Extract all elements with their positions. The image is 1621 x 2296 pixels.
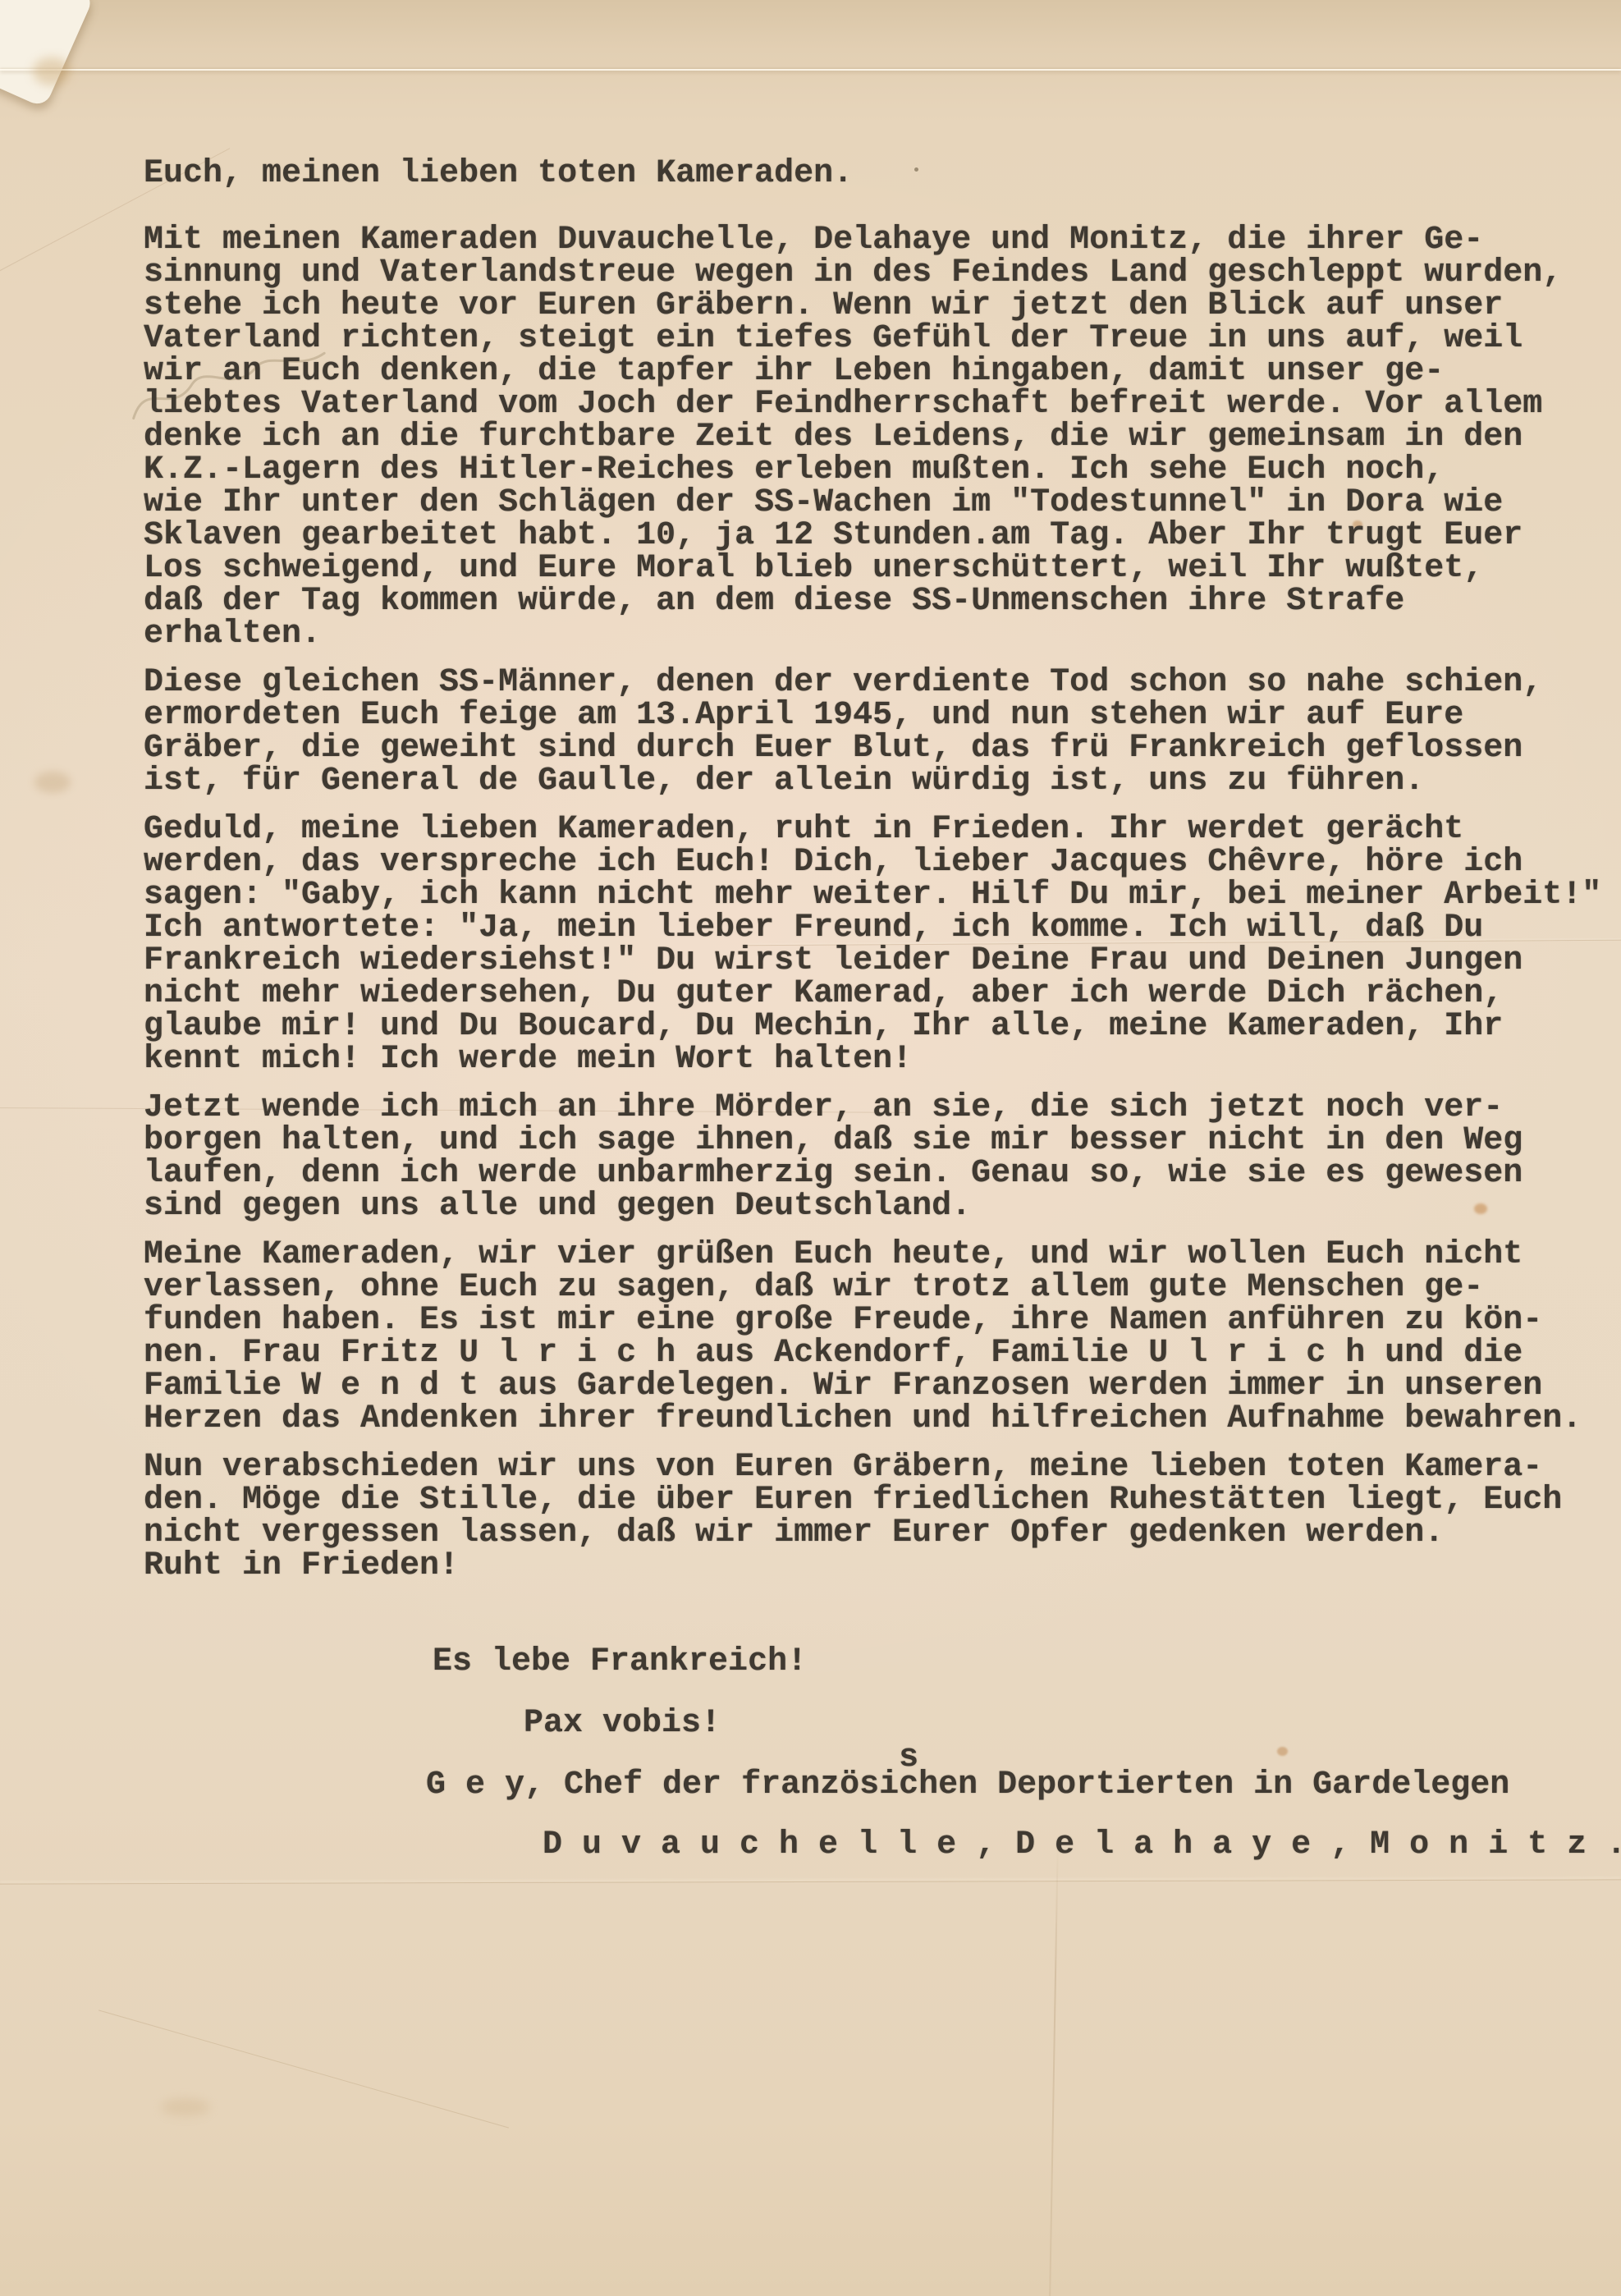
- paragraph-2: Diese gleichen SS-Männer, denen der verd…: [144, 667, 1621, 798]
- edge-smudge: [34, 772, 71, 793]
- horizontal-crease-top: [0, 69, 1621, 71]
- gey-text-after: chen Deportierten in Gardelegen: [899, 1767, 1509, 1803]
- corner-stain: [33, 57, 71, 85]
- closing-es-lebe-frankreich: Es lebe Frankreich!: [433, 1646, 1621, 1679]
- horizontal-crease-lower: [0, 1879, 1621, 1884]
- letter-page: Euch, meinen lieben toten Kameraden. Mit…: [0, 0, 1621, 2296]
- paragraph-6: Nun verabschieden wir uns von Euren Gräb…: [144, 1451, 1621, 1583]
- salutation: Euch, meinen lieben toten Kameraden.: [144, 158, 1621, 190]
- paragraph-5: Meine Kameraden, wir vier grüßen Euch he…: [144, 1239, 1621, 1436]
- paragraph-1: Mit meinen Kameraden Duvauchelle, Delaha…: [144, 224, 1621, 651]
- signatories-line: D u v a u c h e l l e , D e l a h a y e …: [543, 1829, 1621, 1862]
- signature-gey-line: G e y, Chef der französischen Deportiert…: [426, 1769, 1621, 1802]
- folded-corner: [0, 0, 94, 108]
- bottom-smudge: [161, 2098, 210, 2116]
- gey-text-before: G e y, Chef der französi: [426, 1767, 899, 1803]
- closing-pax-vobis: Pax vobis!: [524, 1707, 1621, 1740]
- diagonal-crease-bottom-left: [98, 2010, 509, 2128]
- paragraph-4: Jetzt wende ich mich an ihre Mörder, an …: [144, 1092, 1621, 1223]
- letter-text: Euch, meinen lieben toten Kameraden. Mit…: [144, 158, 1621, 1862]
- vertical-crease-bottom: [1049, 1839, 1059, 2296]
- paragraph-3: Geduld, meine lieben Kameraden, ruht in …: [144, 813, 1621, 1076]
